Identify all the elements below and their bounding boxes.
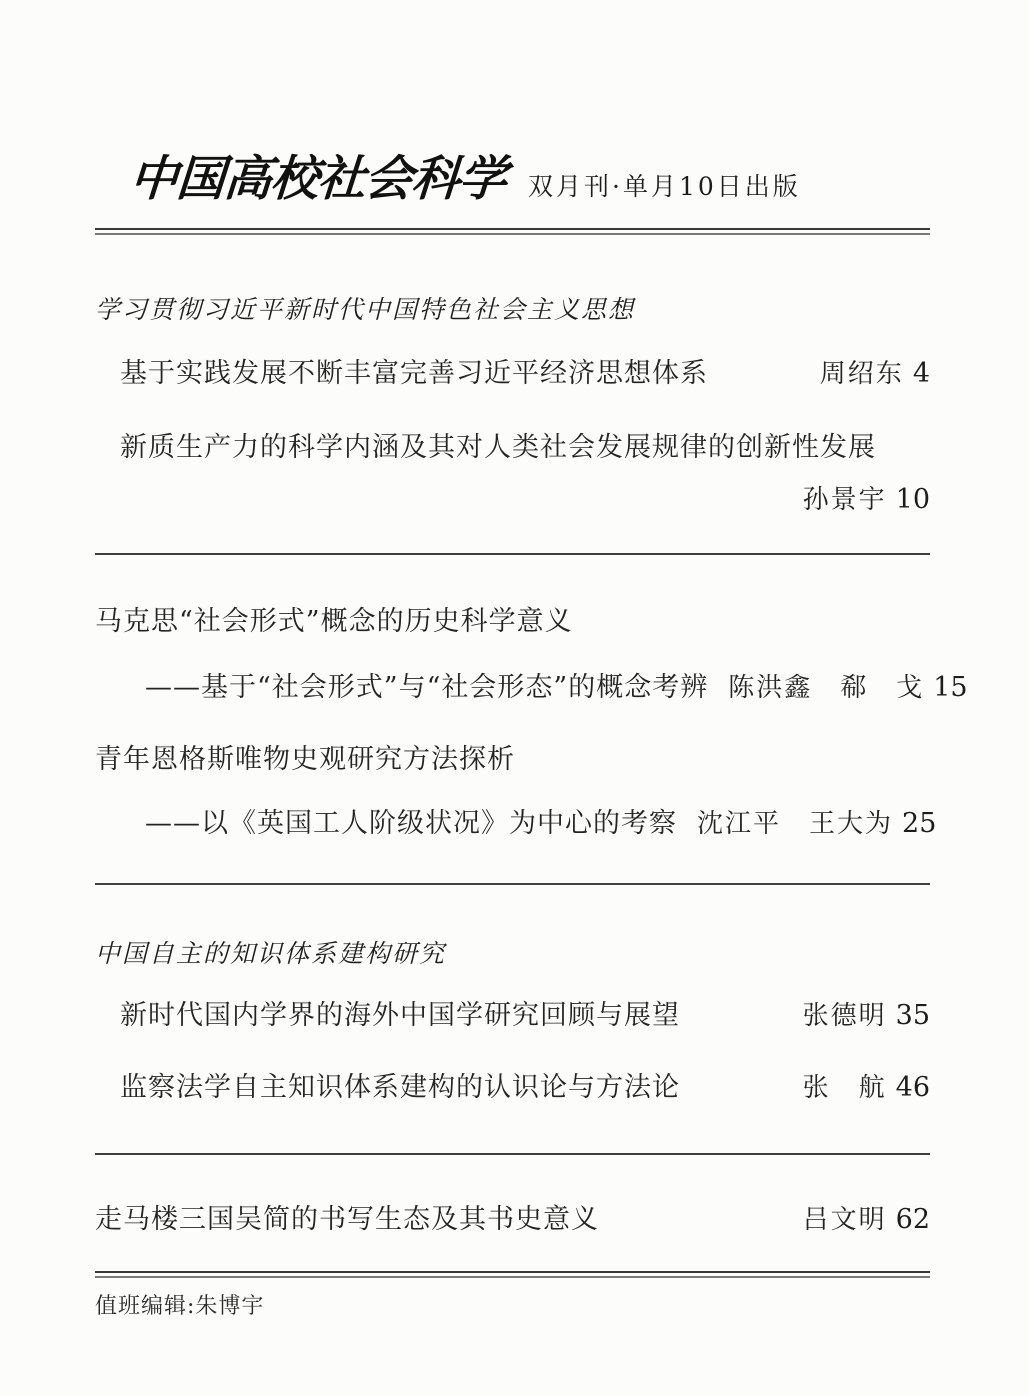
masthead: 中国高校社会科学 双月刊·单月10日出版 [95,140,930,212]
article-page-number: 25 [902,807,936,841]
toc-entry: 新时代国内学界的海外中国学研究回顾与展望 张德明 35 [95,999,930,1033]
article-author-page: 吕文明 62 [803,1203,930,1237]
article-author-page: 沈江平 王大为 25 [697,807,936,841]
toc-entry-subtitle-line: ——以《英国工人阶级状况》为中心的考察 沈江平 王大为 25 [95,807,930,841]
article-author-page: 孙景宇 10 [803,483,930,517]
article-author: 吕文明 [803,1203,887,1237]
article-author-page: 周绍东 4 [820,357,930,391]
toc-entry: 基于实践发展不断丰富完善习近平经济思想体系 周绍东 4 [95,357,930,391]
toc-entry-subtitle-line: ——基于“社会形式”与“社会形态”的概念考辨 陈洪鑫 郗 戈 15 [95,671,930,705]
masthead-divider [95,228,930,235]
section-divider [95,883,930,885]
section-divider [95,1153,930,1155]
article-author-page: 张 航 46 [803,1071,930,1105]
toc-entry-author-line: 孙景宇 10 [95,483,930,517]
article-title: 基于实践发展不断丰富完善习近平经济思想体系 [120,357,708,391]
article-title: 监察法学自主知识体系建构的认识论与方法论 [120,1071,680,1105]
article-author: 陈洪鑫 郗 戈 [728,671,924,705]
article-author-page: 陈洪鑫 郗 戈 15 [728,671,967,705]
section-header-knowledge-system: 中国自主的知识体系建构研究 [95,937,930,971]
toc-entry: 走马楼三国吴简的书写生态及其书史意义 吕文明 62 [95,1203,930,1237]
section-header-xi-thought: 学习贯彻习近平新时代中国特色社会主义思想 [95,293,930,327]
article-page-number: 46 [896,1071,930,1105]
section-divider [95,553,930,555]
article-title: 马克思“社会形式”概念的历史科学意义 [95,605,573,639]
article-author: 周绍东 [820,357,904,391]
article-title: 新时代国内学界的海外中国学研究回顾与展望 [120,999,680,1033]
article-subtitle: ——以《英国工人阶级状况》为中心的考察 [145,807,677,841]
article-title: 走马楼三国吴简的书写生态及其书史意义 [95,1203,599,1237]
article-page-number: 35 [896,999,930,1033]
toc-entry: 监察法学自主知识体系建构的认识论与方法论 张 航 46 [95,1071,930,1105]
article-subtitle: ——基于“社会形式”与“社会形态”的概念考辨 [145,671,708,705]
article-author: 张德明 [803,999,887,1033]
article-author: 张 航 [803,1071,887,1105]
article-page-number: 10 [896,483,930,517]
toc-entry: 新质生产力的科学内涵及其对人类社会发展规律的创新性发展 [95,431,930,465]
journal-toc-page: 中国高校社会科学 双月刊·单月10日出版 学习贯彻习近平新时代中国特色社会主义思… [0,0,1029,1396]
article-title: 新质生产力的科学内涵及其对人类社会发展规律的创新性发展 [120,431,876,465]
toc-entry: 青年恩格斯唯物史观研究方法探析 [95,743,930,777]
article-page-number: 4 [913,357,930,391]
footer-divider [95,1271,930,1278]
article-page-number: 15 [933,671,967,705]
article-title: 青年恩格斯唯物史观研究方法探析 [95,743,515,777]
toc-entry: 马克思“社会形式”概念的历史科学意义 [95,605,930,639]
article-author-page: 张德明 35 [803,999,930,1033]
journal-frequency: 双月刊·单月10日出版 [528,167,801,203]
journal-title: 中国高校社会科学 [128,140,509,209]
article-author: 孙景宇 [803,483,887,517]
duty-editor: 值班编辑:朱博宇 [95,1289,930,1320]
article-author: 沈江平 王大为 [697,807,893,841]
article-page-number: 62 [896,1203,930,1237]
